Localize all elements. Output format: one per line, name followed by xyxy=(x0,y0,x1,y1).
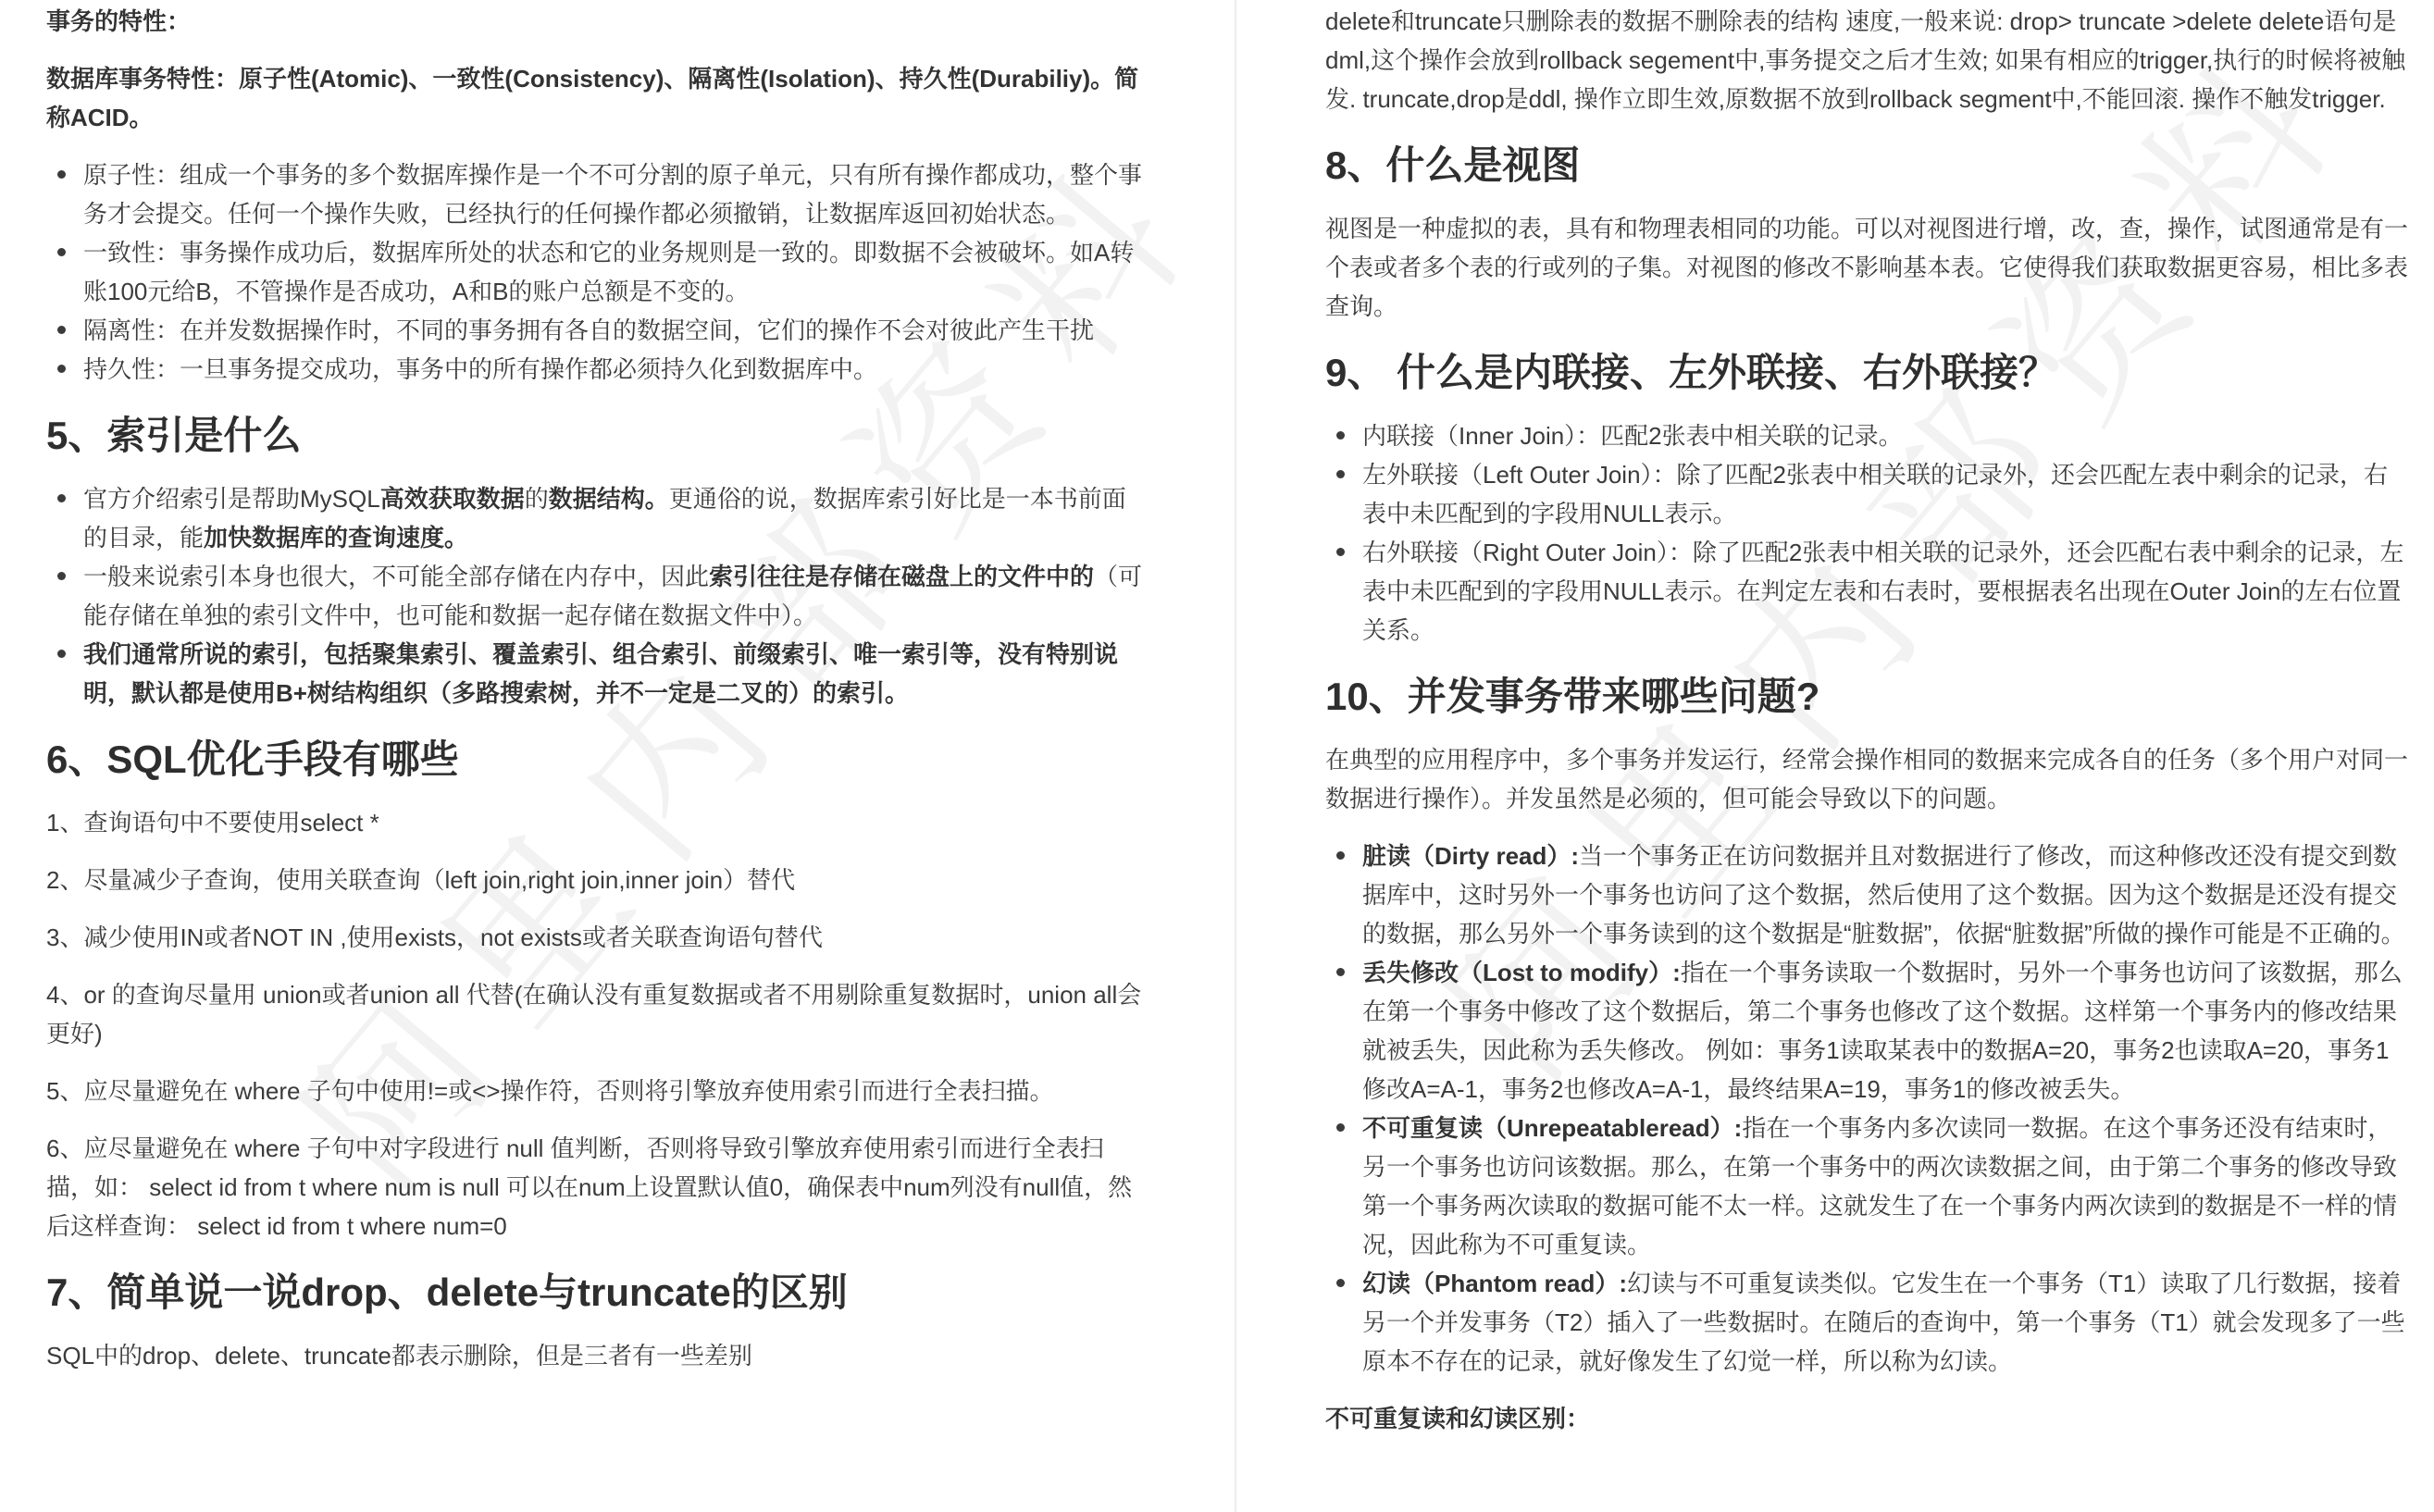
sql-tip-3: 3、减少使用IN或者NOT IN ,使用exists，not exists或者关… xyxy=(46,918,1143,957)
list-item: 我们通常所说的索引，包括聚集索引、覆盖索引、组合索引、前缀索引、唯一索引等，没有… xyxy=(46,635,1143,713)
sql-tip-4: 4、or 的查询尽量用 union或者union all 代替(在确认没有重复数… xyxy=(46,975,1143,1053)
list-item: 一致性：事务操作成功后，数据库所处的状态和它的业务规则是一致的。即数据不会被破坏… xyxy=(46,233,1143,311)
list-item: 内联接（Inner Join）：匹配2张表中相关联的记录。 xyxy=(1325,416,2410,455)
section-7-heading: 7、简单说一说drop、delete与truncate的区别 xyxy=(46,1268,1143,1318)
drop-truncate-paragraph: delete和truncate只删除表的数据不删除表的结构 速度,一般来说: d… xyxy=(1325,2,2410,118)
list-item: 脏读（Dirty read）:当一个事务正在访问数据并且对数据进行了修改，而这种… xyxy=(1325,837,2410,953)
concurrency-paragraph: 在典型的应用程序中，多个事务并发运行，经常会操作相同的数据来完成各自的任务（多个… xyxy=(1325,740,2410,818)
join-list: 内联接（Inner Join）：匹配2张表中相关联的记录。 左外联接（Left … xyxy=(1325,416,2410,650)
footer-bold-label: 不可重复读和幻读区别： xyxy=(1325,1399,2410,1438)
acid-summary: 数据库事务特性：原子性(Atomic)、一致性(Consistency)、隔离性… xyxy=(46,59,1143,137)
acid-list: 原子性：组成一个事务的多个数据库操作是一个不可分割的原子单元，只有所有操作都成功… xyxy=(46,155,1143,389)
right-page: delete和truncate只删除表的数据不删除表的结构 速度,一般来说: d… xyxy=(1325,0,2410,1456)
sql-tip-5: 5、应尽量避免在 where 子句中使用!=或<>操作符，否则将引擎放弃使用索引… xyxy=(46,1072,1143,1110)
sql-tip-6: 6、应尽量避免在 where 子句中对字段进行 null 值判断，否则将导致引擎… xyxy=(46,1129,1143,1246)
list-item: 不可重复读（Unrepeatableread）:指在一个事务内多次读同一数据。在… xyxy=(1325,1109,2410,1264)
list-item: 幻读（Phantom read）:幻读与不可重复读类似。它发生在一个事务（T1）… xyxy=(1325,1264,2410,1381)
list-item: 丢失修改（Lost to modify）:指在一个事务读取一个数据时，另外一个事… xyxy=(1325,953,2410,1109)
list-item: 原子性：组成一个事务的多个数据库操作是一个不可分割的原子单元，只有所有操作都成功… xyxy=(46,155,1143,233)
section-9-heading: 9、 什么是内联接、左外联接、右外联接？ xyxy=(1325,348,2410,398)
document-canvas: 阿里内部资料 阿里内部资料 事务的特性： 数据库事务特性：原子性(Atomic)… xyxy=(0,0,2434,1512)
transaction-traits-label: 事务的特性： xyxy=(46,2,1143,41)
problem-list: 脏读（Dirty read）:当一个事务正在访问数据并且对数据进行了修改，而这种… xyxy=(1325,837,2410,1381)
list-item: 官方介绍索引是帮助MySQL高效获取数据的数据结构。更通俗的说，数据库索引好比是… xyxy=(46,479,1143,557)
view-paragraph: 视图是一种虚拟的表，具有和物理表相同的功能。可以对视图进行增，改，查，操作，试图… xyxy=(1325,209,2410,326)
list-item: 左外联接（Left Outer Join）：除了匹配2张表中相关联的记录外，还会… xyxy=(1325,455,2410,533)
sql-tip-1: 1、查询语句中不要使用select * xyxy=(46,803,1143,842)
section-6-heading: 6、SQL优化手段有哪些 xyxy=(46,735,1143,785)
left-page: 事务的特性： 数据库事务特性：原子性(Atomic)、一致性(Consisten… xyxy=(46,0,1143,1394)
section-5-heading: 5、索引是什么 xyxy=(46,411,1143,461)
page-divider xyxy=(1235,0,1236,1512)
list-item: 隔离性：在并发数据操作时，不同的事务拥有各自的数据空间，它们的操作不会对彼此产生… xyxy=(46,311,1143,350)
list-item: 右外联接（Right Outer Join）：除了匹配2张表中相关联的记录外，还… xyxy=(1325,533,2410,650)
section-7-paragraph: SQL中的drop、delete、truncate都表示删除，但是三者有一些差别 xyxy=(46,1336,1143,1375)
list-item: 一般来说索引本身也很大，不可能全部存储在内存中，因此索引往往是存储在磁盘上的文件… xyxy=(46,557,1143,635)
list-item: 持久性：一旦事务提交成功，事务中的所有操作都必须持久化到数据库中。 xyxy=(46,350,1143,389)
index-list: 官方介绍索引是帮助MySQL高效获取数据的数据结构。更通俗的说，数据库索引好比是… xyxy=(46,479,1143,713)
section-8-heading: 8、什么是视图 xyxy=(1325,141,2410,191)
section-10-heading: 10、并发事务带来哪些问题? xyxy=(1325,672,2410,722)
sql-tip-2: 2、尽量减少子查询，使用关联查询（left join,right join,in… xyxy=(46,861,1143,899)
